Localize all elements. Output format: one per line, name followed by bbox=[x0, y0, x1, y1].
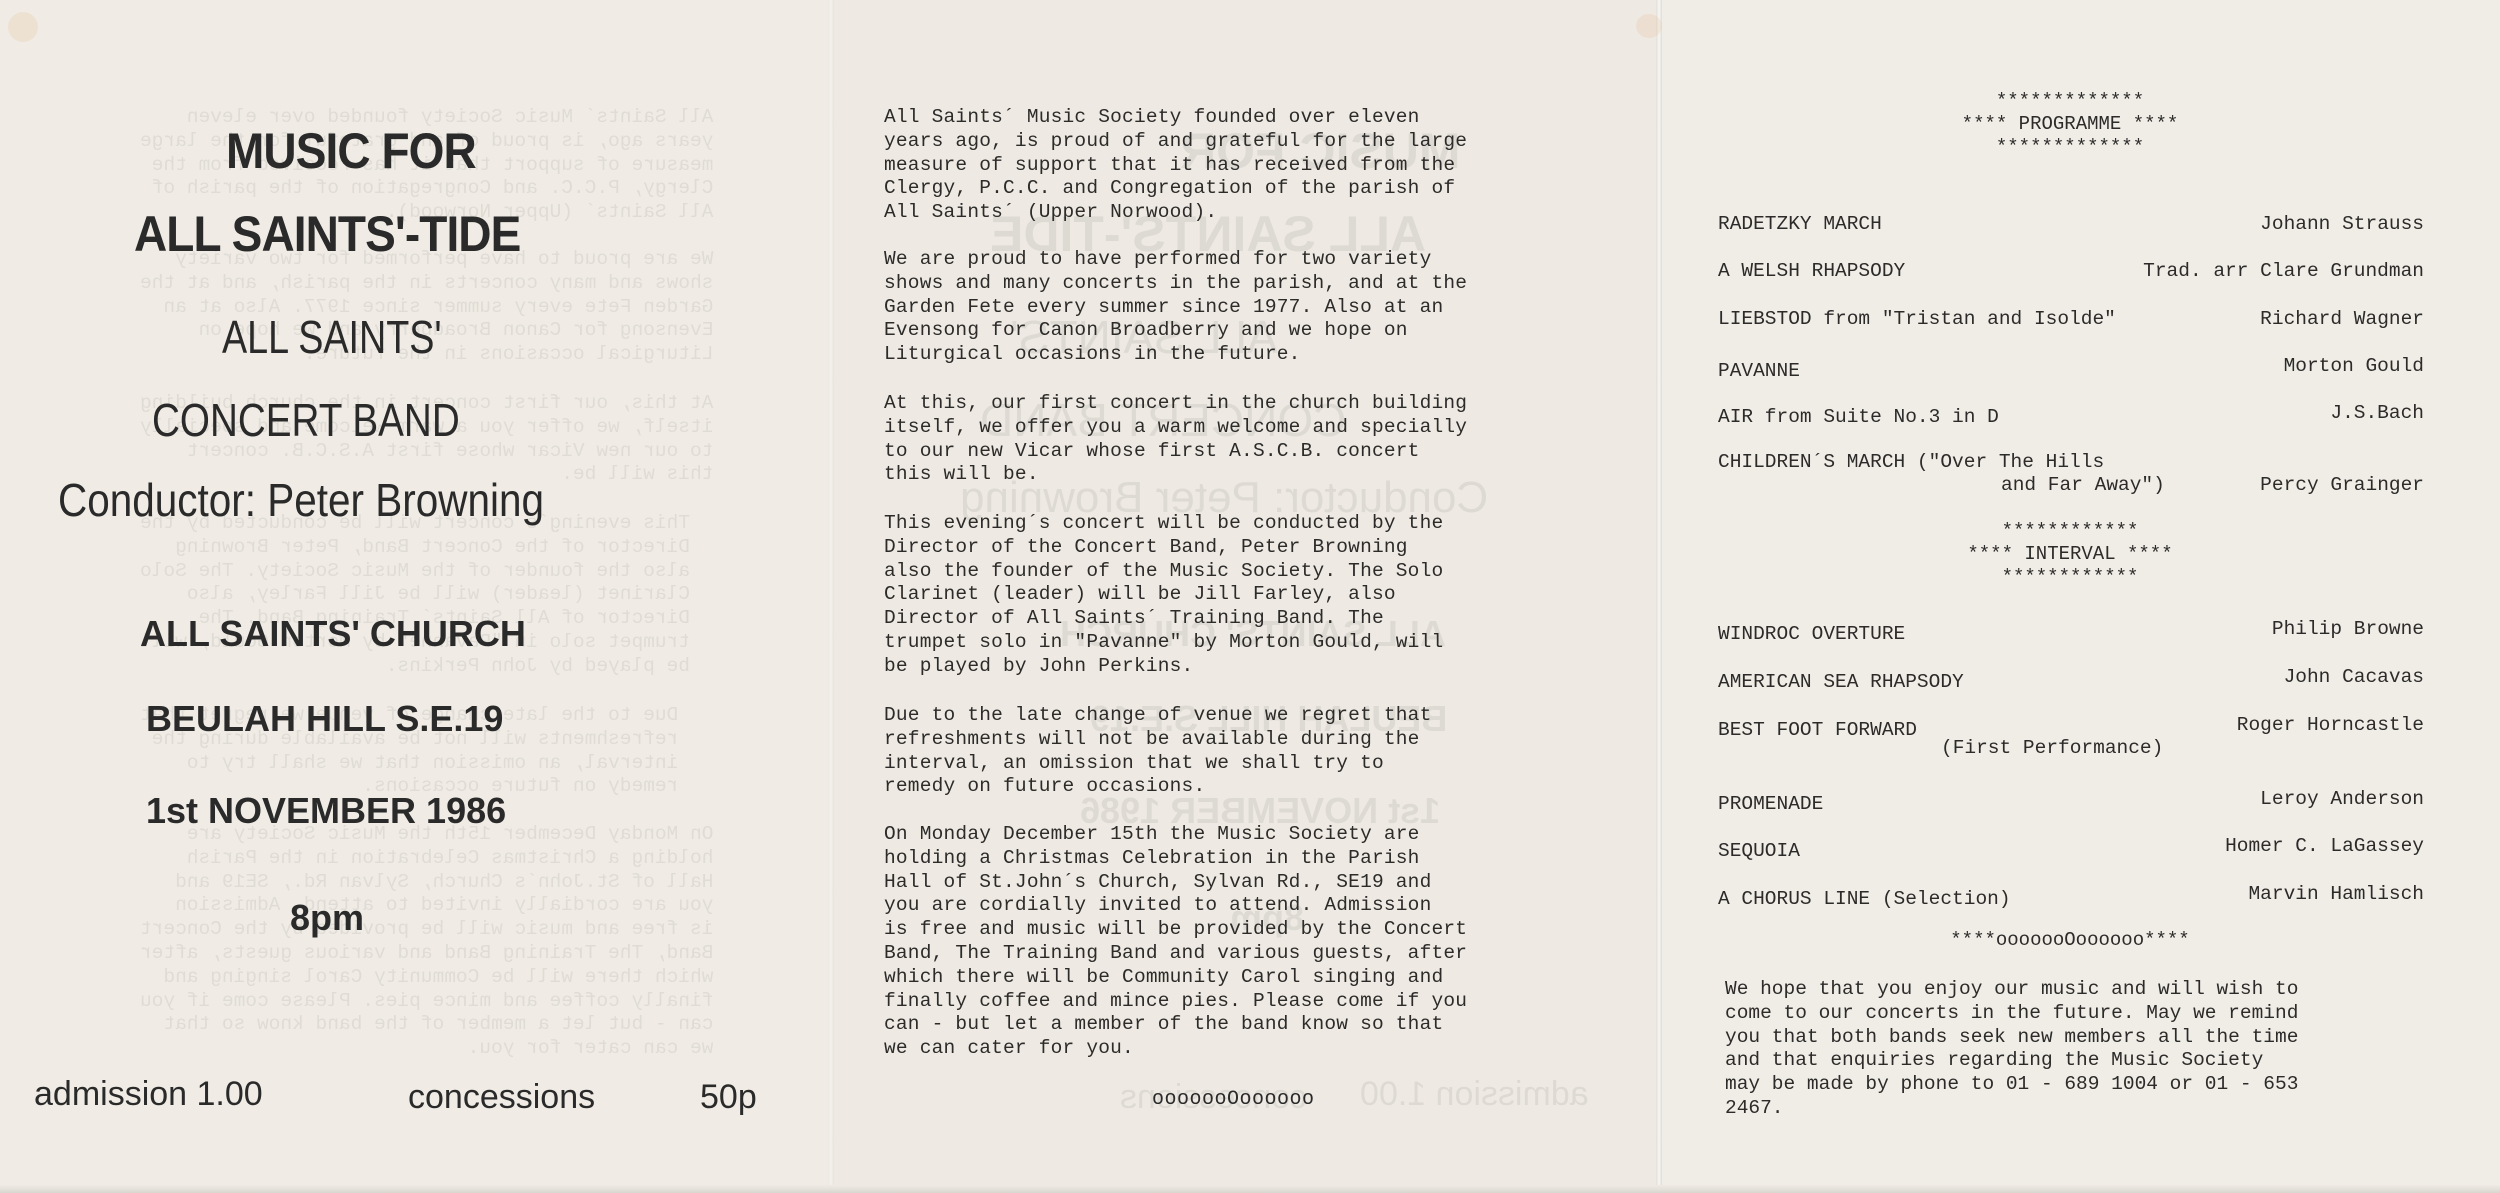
piece-title: PAVANNE bbox=[1718, 360, 1800, 382]
piece-title: BEST FOOT FORWARD bbox=[1718, 719, 1917, 741]
leaflet-sheet: All Saints´ Music Society founded over e… bbox=[0, 0, 2500, 1193]
fold-crease bbox=[828, 0, 834, 1193]
piece-title: CHILDREN´S MARCH ("Over The Hills bbox=[1718, 451, 2104, 473]
composer-name: Philip Browne bbox=[2272, 618, 2424, 640]
piece-title: WINDROC OVERTURE bbox=[1718, 623, 1905, 645]
intro-paragraph: Due to the late change of venue we regre… bbox=[884, 704, 1432, 799]
conductor-credit: Conductor: Peter Browning bbox=[58, 473, 544, 527]
composer-name: Homer C. LaGassey bbox=[2225, 835, 2424, 857]
closing-note: We hope that you enjoy our music and wil… bbox=[1725, 978, 2298, 1121]
intro-paragraph: We are proud to have performed for two v… bbox=[884, 248, 1467, 367]
concessions-price: 50p bbox=[700, 1078, 757, 1117]
piece-note: (First Performance) bbox=[1941, 737, 2163, 759]
composer-name: Richard Wagner bbox=[2260, 308, 2424, 330]
composer-name: Roger Horncastle bbox=[2237, 714, 2424, 736]
piece-title-continued: and Far Away") bbox=[2001, 474, 2165, 496]
intro-paragraph: All Saints´ Music Society founded over e… bbox=[884, 106, 1467, 225]
composer-name: J.S.Bach bbox=[2330, 402, 2424, 424]
programme-end-ornament: ****ooooooOoooooo**** bbox=[1690, 929, 2450, 951]
piece-title: AMERICAN SEA RHAPSODY bbox=[1718, 671, 1964, 693]
concert-time: 8pm bbox=[290, 897, 364, 939]
interval-heading: ************ **** INTERVAL **** ********… bbox=[1690, 520, 2450, 589]
venue-name: ALL SAINTS' CHURCH bbox=[140, 613, 526, 655]
piece-title: PROMENADE bbox=[1718, 793, 1823, 815]
venue-address: BEULAH HILL S.E.19 bbox=[146, 698, 503, 740]
intro-paragraph: On Monday December 15th the Music Societ… bbox=[884, 823, 1467, 1061]
piece-title: SEQUOIA bbox=[1718, 840, 1800, 862]
programme-heading: ************* **** PROGRAMME **** ******… bbox=[1690, 90, 2450, 159]
composer-name: Morton Gould bbox=[2284, 355, 2424, 377]
band-name-line-1: ALL SAINTS' bbox=[222, 310, 442, 364]
intro-paragraph: This evening´s concert will be conducted… bbox=[884, 512, 1443, 679]
cover-title-line-2: ALL SAINTS'-TIDE bbox=[134, 205, 520, 263]
intro-paragraph: At this, our first concert in the church… bbox=[884, 392, 1467, 487]
admission-price: admission 1.00 bbox=[34, 1075, 263, 1114]
composer-name: Marvin Hamlisch bbox=[2248, 883, 2424, 905]
piece-title: LIEBSTOD from "Tristan and Isolde" bbox=[1718, 308, 2116, 330]
band-name-line-2: CONCERT BAND bbox=[152, 393, 460, 447]
piece-title: RADETZKY MARCH bbox=[1718, 213, 1882, 235]
composer-name: Trad. arr Clare Grundman bbox=[2143, 260, 2424, 282]
composer-name: John Cacavas bbox=[2284, 666, 2424, 688]
concessions-label: concessions bbox=[408, 1078, 595, 1117]
cover-title-line-1: MUSIC FOR bbox=[226, 122, 476, 180]
ornament-divider: ooooooOoooooo bbox=[1152, 1088, 1315, 1111]
composer-name: Johann Strauss bbox=[2260, 213, 2424, 235]
composer-name: Percy Grainger bbox=[2260, 474, 2424, 496]
paper-stain bbox=[8, 12, 38, 42]
concert-date: 1st NOVEMBER 1986 bbox=[146, 790, 506, 832]
piece-title: A WELSH RHAPSODY bbox=[1718, 260, 1905, 282]
composer-name: Leroy Anderson bbox=[2260, 788, 2424, 810]
piece-title: AIR from Suite No.3 in D bbox=[1718, 406, 1999, 428]
paper-stain bbox=[1636, 14, 1662, 38]
piece-title: A CHORUS LINE (Selection) bbox=[1718, 888, 2011, 910]
fold-crease bbox=[1656, 0, 1662, 1193]
